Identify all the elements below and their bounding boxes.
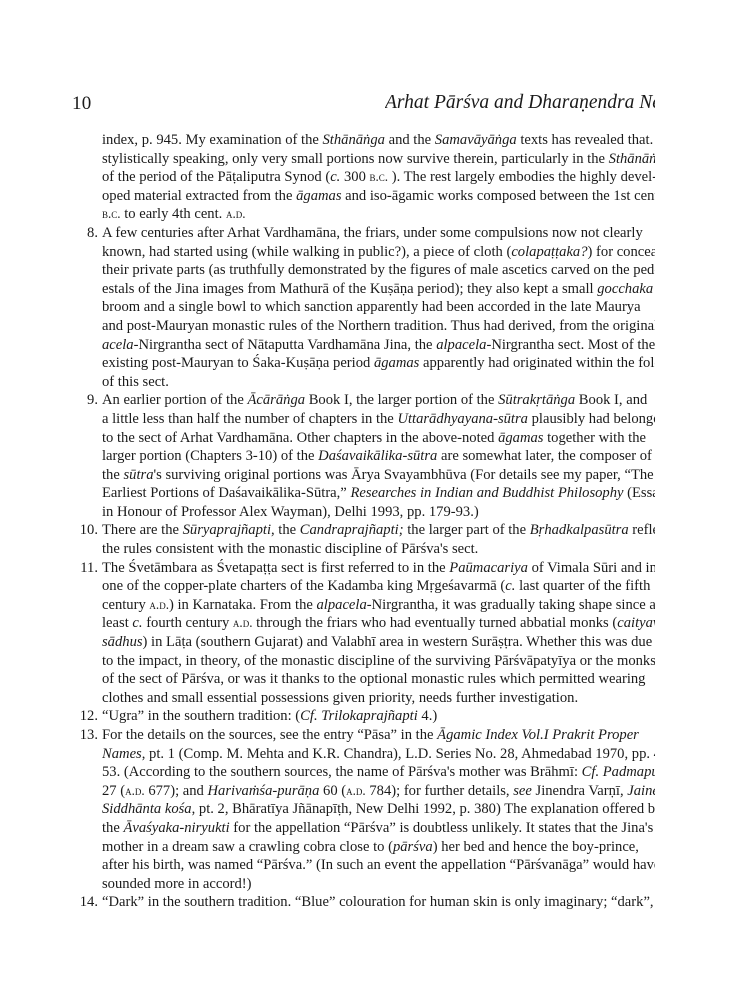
text-run: one of the copper-plate charters of the … [102, 578, 505, 594]
text-line: oped material extracted from the āgamas … [102, 187, 655, 206]
text-run: , pt. 2, Bhāratīya Jñānapīṭh, New Delhi … [192, 801, 655, 817]
endnotes-list: index, p. 945. My examination of the Sth… [62, 131, 655, 912]
endnote-number: 10. [62, 521, 98, 540]
italic-term: Sthānāṅga [323, 132, 385, 148]
text-run: century [102, 597, 149, 613]
italic-term: Harivaṁśa-purāṇa [208, 783, 320, 799]
italic-term: c. [505, 578, 515, 594]
text-run: Earliest Portions of Daśavaikālika-Sūtra… [102, 485, 350, 501]
text-line: and post-Mauryan monastic rules of the N… [102, 317, 655, 336]
text-run: -Nirgrantha, it was gradually taking sha… [367, 597, 655, 613]
text-line: 27 (a.d. 677); and Harivaṁśa-purāṇa 60 (… [102, 782, 655, 801]
endnote-number: 12. [62, 707, 98, 726]
text-run: the rules consistent with the monastic d… [102, 541, 478, 557]
text-line: to the sect of Arhat Vardhamāna. Other c… [102, 429, 655, 448]
italic-term: gocchaka [597, 281, 653, 297]
text-line: one of the copper-plate charters of the … [102, 577, 655, 596]
era-abbrev: a.d. [125, 783, 145, 798]
text-run: “Dark” in the southern tradition. “Blue”… [102, 894, 654, 910]
text-run: fourth century [143, 615, 233, 631]
text-run: plausibly had belonged [528, 411, 655, 427]
text-line: the rules consistent with the monastic d… [102, 540, 655, 559]
text-run: of this sect. [102, 374, 169, 390]
text-run: Book I, and [575, 392, 647, 408]
text-run: and iso-āgamic works composed between th… [342, 188, 656, 204]
italic-term: Paūmacariya [449, 560, 528, 576]
text-run: ) for concealing [588, 244, 655, 260]
text-run: reflects [629, 522, 655, 538]
italic-term: Names [102, 746, 142, 762]
text-line: acela-Nirgrantha sect of Nātaputta Vardh… [102, 336, 655, 355]
text-line: “Ugra” in the southern tradition: (Cf. T… [102, 707, 655, 726]
text-run: apparently had originated within the fol… [419, 355, 655, 371]
italic-term: Samavāyāṅga [435, 132, 517, 148]
text-line: after his birth, was named “Pārśva.” (In… [102, 856, 655, 875]
era-abbrev: b.c. [102, 206, 121, 221]
italic-term: Candraprajñapti; [300, 522, 404, 538]
italic-term: Siddhānta kośa [102, 801, 192, 817]
italic-term: Bṛhadkalpasūtra [530, 522, 629, 538]
text-line: of the period of the Pāṭaliputra Synod (… [102, 168, 655, 187]
text-run: in Honour of Professor Alex Wayman), Del… [102, 504, 479, 520]
italic-term: Cf. Padmapurāṇa [582, 764, 655, 780]
text-run: 300 [340, 169, 369, 185]
italic-term: see [513, 783, 532, 799]
endnote-number: 11. [62, 559, 98, 578]
text-run: stylistically speaking, only very small … [102, 151, 609, 167]
italic-term: c. [132, 615, 142, 631]
text-line: For the details on the sources, see the … [102, 726, 655, 745]
endnote-10: 10.There are the Sūryaprajñapti, the Can… [62, 521, 655, 558]
text-run: texts has revealed that. [517, 132, 654, 148]
text-run: the [102, 820, 123, 836]
text-line: There are the Sūryaprajñapti, the Candra… [102, 521, 655, 540]
text-run: after his birth, was named “Pārśva.” (In… [102, 857, 655, 873]
text-run: and the [385, 132, 435, 148]
running-title: Arhat Pārśva and Dharaṇendra Nexus [385, 92, 655, 114]
text-run: 4.) [418, 708, 437, 724]
text-run: broom and a single bowl to which sanctio… [102, 299, 641, 315]
text-run: through the friars who had eventually tu… [252, 615, 617, 631]
italic-term: Researches in Indian and Buddhist Philos… [350, 485, 623, 501]
text-line: century a.d.) in Karnataka. From the alp… [102, 596, 655, 615]
italic-term: acela [102, 337, 134, 353]
italic-term: āgamas [296, 188, 341, 204]
text-line: sādhus) in Lāṭa (southern Gujarat) and V… [102, 633, 655, 652]
endnote-number: 8. [62, 224, 98, 243]
italic-term: c. [330, 169, 340, 185]
text-run: 60 ( [319, 783, 346, 799]
text-line: b.c. to early 4th cent. a.d. [102, 205, 655, 224]
text-run: ) in Karnataka. From the [169, 597, 317, 613]
text-run: 784); for further details, [366, 783, 514, 799]
text-run: index, p. 945. My examination of the [102, 132, 323, 148]
text-line: “Dark” in the southern tradition. “Blue”… [102, 893, 655, 912]
text-run: 53. (According to the southern sources, … [102, 764, 582, 780]
italic-term: Daśavaikālika-sūtra [318, 448, 437, 464]
text-run: least [102, 615, 132, 631]
text-run: larger portion (Chapters 3-10) of the [102, 448, 318, 464]
text-line: in Honour of Professor Alex Wayman), Del… [102, 503, 655, 522]
endnote-12: 12.“Ugra” in the southern tradition: (Cf… [62, 707, 655, 726]
text-run: estals of the Jina images from Mathurā o… [102, 281, 597, 297]
text-run: clothes and small essential possessions … [102, 690, 578, 706]
text-run: A few centuries after Arhat Vardhamāna, … [102, 225, 643, 241]
italic-term: Cf. Trilokaprajñapti [300, 708, 418, 724]
text-run: last quarter of the fifth [515, 578, 650, 594]
italic-term: sādhus [102, 634, 143, 650]
endnote-8: 8.A few centuries after Arhat Vardhamāna… [62, 224, 655, 391]
text-line: mother in a dream saw a crawling cobra c… [102, 838, 655, 857]
text-line: stylistically speaking, only very small … [102, 150, 655, 169]
italic-term: Āgamic Index Vol.I Prakrit Proper [437, 727, 639, 743]
text-line: 53. (According to the southern sources, … [102, 763, 655, 782]
text-run: ). The rest largely embodies the highly … [388, 169, 655, 185]
text-line: estals of the Jina images from Mathurā o… [102, 280, 655, 299]
era-abbrev: a.d. [346, 783, 366, 798]
text-run: sounded more in accord!) [102, 876, 252, 892]
text-run: 's surviving original portions was Ārya … [154, 467, 654, 483]
text-line: the Āvaśyaka-niryukti for the appellatio… [102, 819, 655, 838]
text-run: (Essays [624, 485, 656, 501]
era-abbrev: a.d. [149, 597, 169, 612]
text-run: the larger part of the [404, 522, 530, 538]
text-line: Earliest Portions of Daśavaikālika-Sūtra… [102, 484, 655, 503]
text-line: their private parts (as truthfully demon… [102, 261, 655, 280]
text-run: , pt. 1 (Comp. M. Mehta and K.R. Chandra… [142, 746, 655, 762]
italic-term: alpacela [436, 337, 486, 353]
endnote-number: 13. [62, 726, 98, 745]
text-run: to the sect of Arhat Vardhamāna. Other c… [102, 430, 498, 446]
italic-term: Uttarādhyayana-sūtra [397, 411, 528, 427]
text-run: “Ugra” in the southern tradition: ( [102, 708, 300, 724]
text-run: For the details on the sources, see the … [102, 727, 437, 743]
italic-term: Sthānāṅga [609, 151, 655, 167]
text-line: to the impact, in theory, of the monasti… [102, 652, 655, 671]
italic-term: colapaṭṭaka? [511, 244, 587, 260]
italic-term: caityavāsī- [617, 615, 655, 631]
text-run: existing post-Mauryan to Śaka-Kuṣāṇa per… [102, 355, 374, 371]
text-run: oped material extracted from the [102, 188, 296, 204]
text-run: -Nirgrantha sect of Nātaputta Vardhamāna… [134, 337, 437, 353]
text-run: mother in a dream saw a crawling cobra c… [102, 839, 393, 855]
text-run: , the [271, 522, 300, 538]
text-run: of the period of the Pāṭaliputra Synod ( [102, 169, 330, 185]
text-line: known, had started using (while walking … [102, 243, 655, 262]
text-line: Siddhānta kośa, pt. 2, Bhāratīya Jñānapī… [102, 800, 655, 819]
text-line: of this sect. [102, 373, 655, 392]
text-run: An earlier portion of the [102, 392, 247, 408]
page-number: 10 [72, 93, 91, 115]
text-line: existing post-Mauryan to Śaka-Kuṣāṇa per… [102, 354, 655, 373]
era-abbrev: a.d. [226, 206, 246, 221]
text-run: ) her bed and hence the boy-prince, [433, 839, 639, 855]
text-run: of Vimala Sūri and in [528, 560, 655, 576]
italic-term: āgamas [498, 430, 543, 446]
text-run: the [102, 467, 123, 483]
endnote-14: 14.“Dark” in the southern tradition. “Bl… [62, 893, 655, 912]
italic-term: sūtra [123, 467, 153, 483]
text-run: Book I, the larger portion of the [305, 392, 498, 408]
text-line: An earlier portion of the Ācārāṅga Book … [102, 391, 655, 410]
italic-term: āgamas [374, 355, 419, 371]
text-line: broom and a single bowl to which sanctio… [102, 298, 655, 317]
endnote-11: 11.The Śvetāmbara as Śvetapaṭṭa sect is … [62, 559, 655, 708]
text-run: 677); and [145, 783, 208, 799]
text-line: a little less than half the number of ch… [102, 410, 655, 429]
endnote-continued: index, p. 945. My examination of the Sth… [62, 131, 655, 224]
text-run: of the sect of Pārśva, or was it thanks … [102, 671, 645, 687]
italic-term: Sūryaprajñapti [183, 522, 271, 538]
text-run: There are the [102, 522, 183, 538]
text-line: The Śvetāmbara as Śvetapaṭṭa sect is fir… [102, 559, 655, 578]
endnote-number: 9. [62, 391, 98, 410]
text-line: sounded more in accord!) [102, 875, 655, 894]
text-run: Jinendra Varṇī, [532, 783, 627, 799]
text-run: to early 4th cent. [121, 206, 226, 222]
endnote-13: 13.For the details on the sources, see t… [62, 726, 655, 893]
text-run: -Nirgrantha sect. Most of the [486, 337, 655, 353]
text-run: are somewhat later, the composer of [437, 448, 652, 464]
text-run: known, had started using (while walking … [102, 244, 511, 260]
text-run: their private parts (as truthfully demon… [102, 262, 655, 278]
text-line: Names, pt. 1 (Comp. M. Mehta and K.R. Ch… [102, 745, 655, 764]
text-run: for the appellation “Pārśva” is doubtles… [230, 820, 654, 836]
era-abbrev: a.d. [233, 615, 253, 630]
text-line: least c. fourth century a.d. through the… [102, 614, 655, 633]
text-run: ) in Lāṭa (southern Gujarat) and Valabhī… [143, 634, 653, 650]
text-run: and post-Mauryan monastic rules of the N… [102, 318, 655, 334]
text-run: together with the [543, 430, 646, 446]
endnote-9: 9.An earlier portion of the Ācārāṅga Boo… [62, 391, 655, 521]
text-line: index, p. 945. My examination of the Sth… [102, 131, 655, 150]
text-line: of the sect of Pārśva, or was it thanks … [102, 670, 655, 689]
italic-term: Ācārāṅga [247, 392, 305, 408]
italic-term: Sūtrakṛtāṅga [498, 392, 575, 408]
text-run: a little less than half the number of ch… [102, 411, 397, 427]
italic-term: Āvaśyaka-niryukti [123, 820, 229, 836]
text-run: 27 ( [102, 783, 125, 799]
text-line: A few centuries after Arhat Vardhamāna, … [102, 224, 655, 243]
italic-term: Jainedra [627, 783, 655, 799]
text-line: larger portion (Chapters 3-10) of the Da… [102, 447, 655, 466]
text-line: clothes and small essential possessions … [102, 689, 655, 708]
text-run: The Śvetāmbara as Śvetapaṭṭa sect is fir… [102, 560, 449, 576]
text-run: to the impact, in theory, of the monasti… [102, 653, 655, 669]
era-abbrev: b.c. [370, 169, 389, 184]
italic-term: alpacela [317, 597, 367, 613]
text-line: the sūtra's surviving original portions … [102, 466, 655, 485]
endnote-number: 14. [62, 893, 98, 912]
italic-term: pārśva [393, 839, 433, 855]
